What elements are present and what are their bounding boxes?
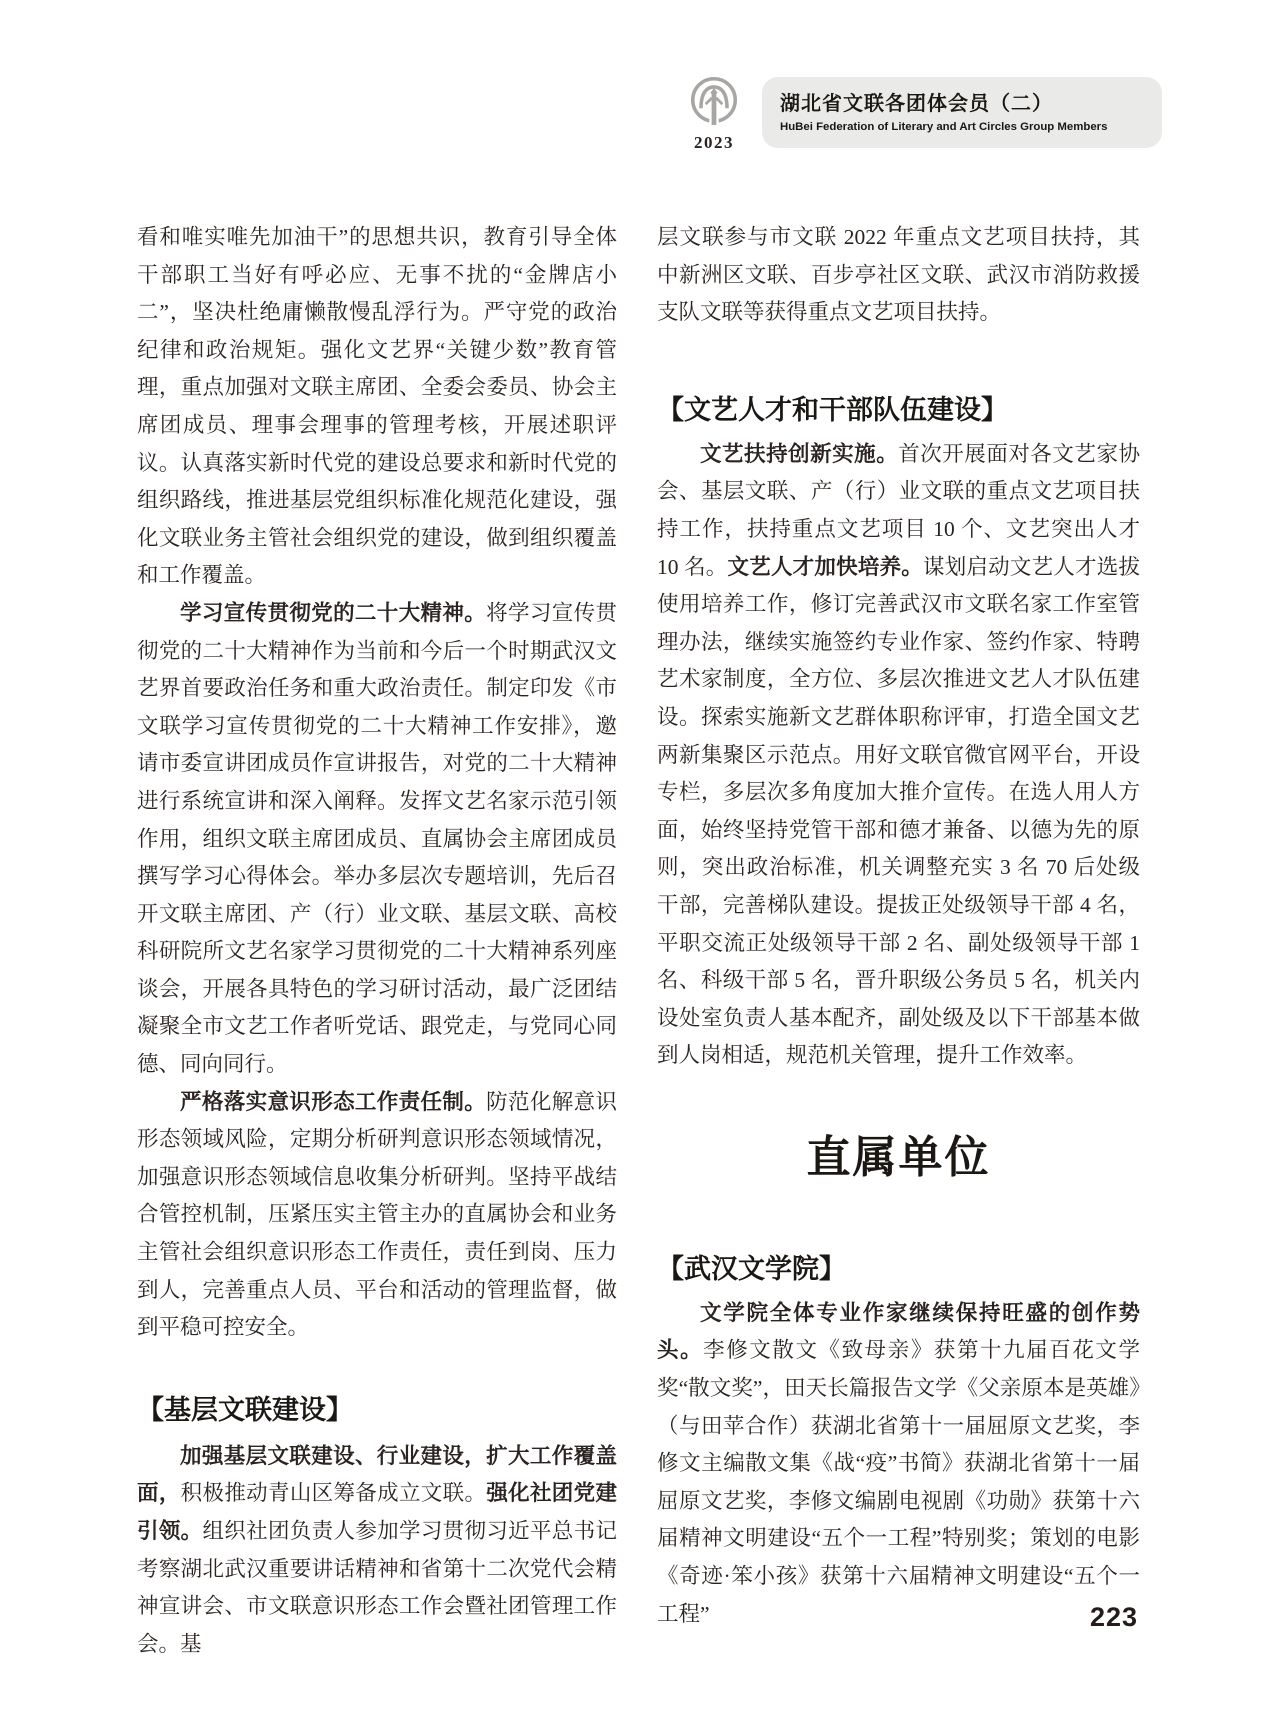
- section-heading-talent-cadre-team: 【文艺人才和干部队伍建设】: [657, 392, 1140, 428]
- body-paragraph: 层文联参与市文联 2022 年重点文艺项目扶持，其中新洲区文联、百步亭社区文联、…: [657, 219, 1140, 332]
- chapter-heading-directly-affiliated-units: 直属单位: [657, 1129, 1140, 1187]
- page-header-banner: 湖北省文联各团体会员（二） HuBei Federation of Litera…: [762, 77, 1162, 148]
- body-paragraph: 文艺扶持创新实施。首次开展面对各文艺家协会、基层文联、产（行）业文联的重点文艺项…: [657, 436, 1140, 1075]
- right-column: 层文联参与市文联 2022 年重点文艺项目扶持，其中新洲区文联、百步亭社区文联、…: [657, 219, 1140, 1633]
- body-paragraph: 看和唯实唯先加油干”的思想共识，教育引导全体干部职工当好有呼必应、无事不扰的“金…: [137, 219, 617, 595]
- left-column: 看和唯实唯先加油干”的思想共识，教育引导全体干部职工当好有呼必应、无事不扰的“金…: [137, 219, 617, 1663]
- section-heading-wuhan-literature-academy: 【武汉文学院】: [657, 1251, 1140, 1287]
- federation-logo-icon: [689, 113, 739, 130]
- body-paragraph: 文学院全体专业作家继续保持旺盛的创作势头。李修文散文《致母亲》获第十九届百花文学…: [657, 1295, 1140, 1633]
- page-title-chinese: 湖北省文联各团体会员（二）: [780, 92, 1162, 116]
- page-title-english: HuBei Federation of Literary and Art Cir…: [780, 120, 1162, 134]
- yearbook-page: 2023 湖北省文联各团体会员（二） HuBei Federation of L…: [0, 0, 1276, 1719]
- body-paragraph: 加强基层文联建设、行业建设，扩大工作覆盖面，积极推动青山区筹备成立文联。强化社团…: [137, 1438, 617, 1664]
- body-paragraph: 学习宣传贯彻党的二十大精神。将学习宣传贯彻党的二十大精神作为当前和今后一个时期武…: [137, 595, 617, 1084]
- body-paragraph: 严格落实意识形态工作责任制。防范化解意识形态领域风险，定期分析研判意识形态领域情…: [137, 1084, 617, 1347]
- federation-logo: 2023: [684, 76, 744, 153]
- page-number: 223: [1090, 1602, 1138, 1633]
- section-heading-grassroots-federation: 【基层文联建设】: [137, 1392, 617, 1428]
- logo-year: 2023: [684, 133, 744, 153]
